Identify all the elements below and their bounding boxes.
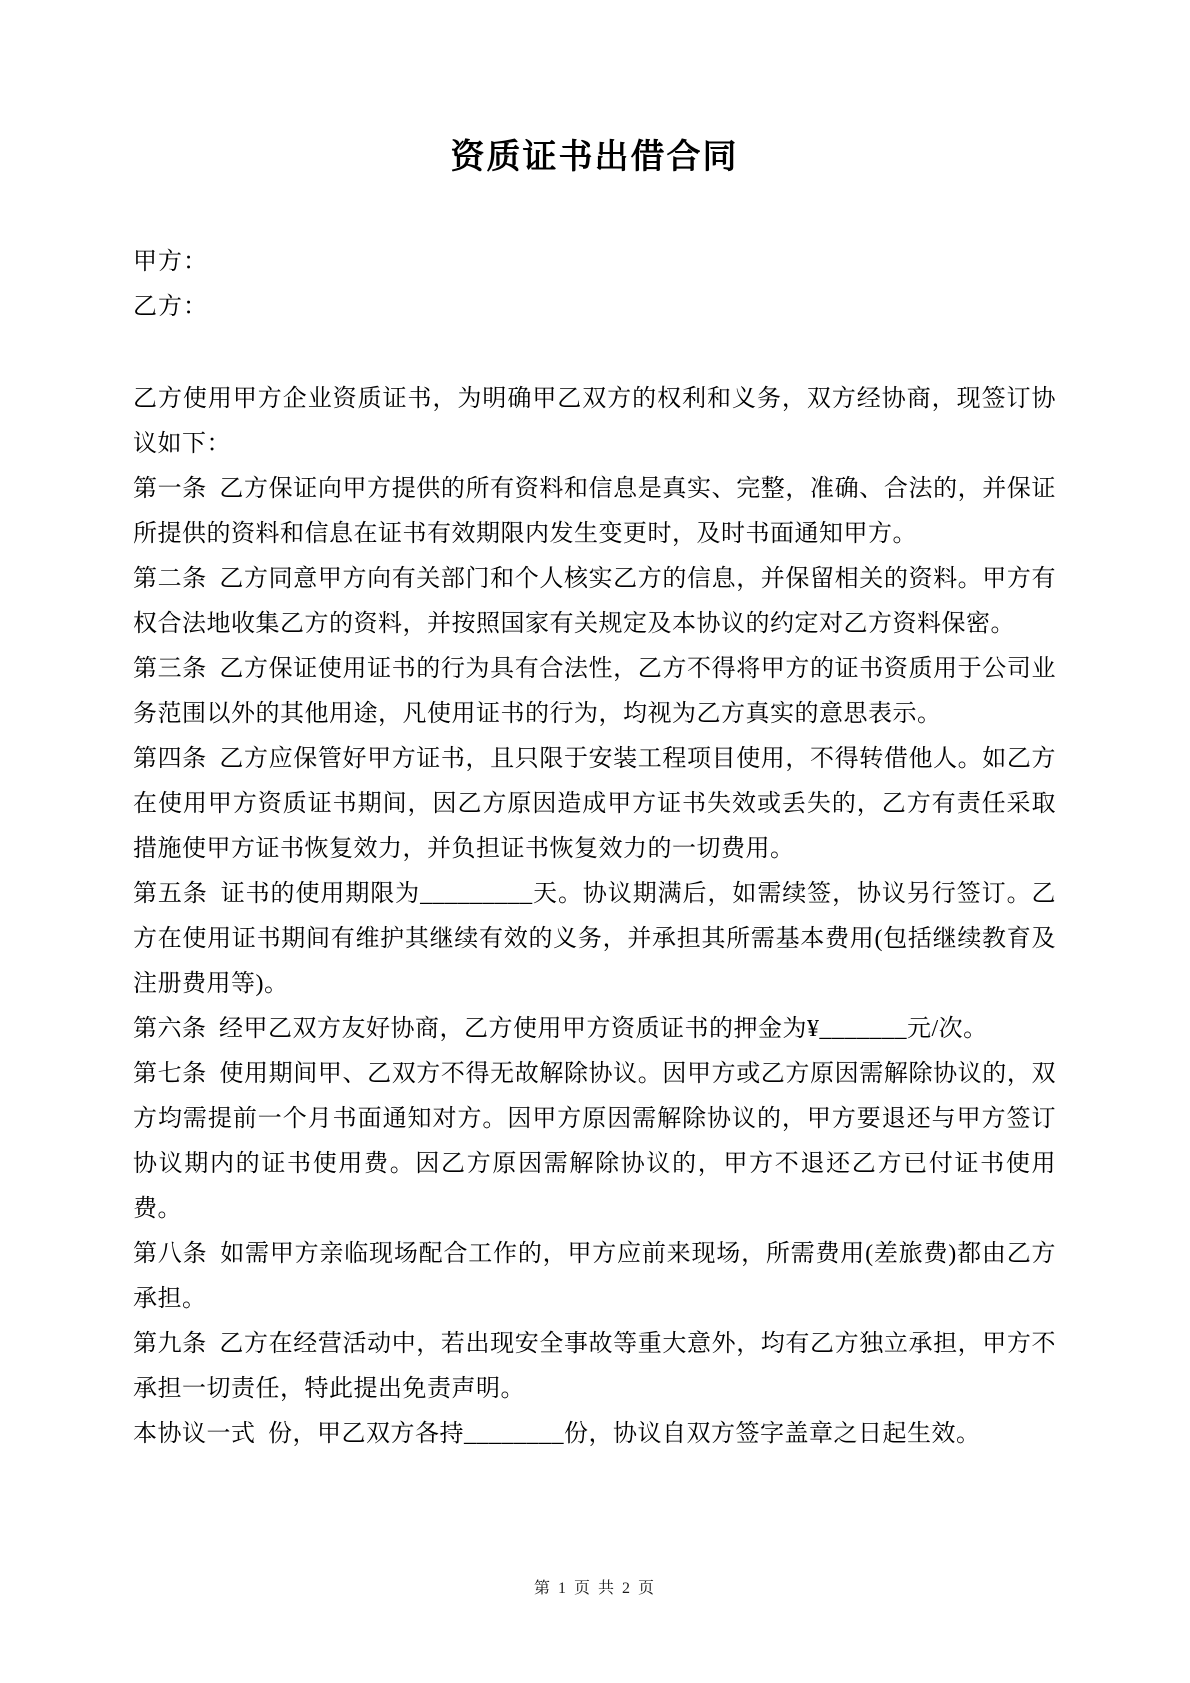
- clause-9: 第九条 乙方在经营活动中，若出现安全事故等重大意外，均有乙方独立承担，甲方不承担…: [133, 1322, 1056, 1412]
- clause-7: 第七条 使用期间甲、乙双方不得无故解除协议。因甲方或乙方原因需解除协议的，双方均…: [133, 1052, 1056, 1232]
- party-block: 甲方： 乙方：: [133, 240, 1056, 330]
- closing-paragraph: 本协议一式 份，甲乙双方各持________份，协议自双方签字盖章之日起生效。: [133, 1412, 1056, 1457]
- clause-6: 第六条 经甲乙双方友好协商，乙方使用甲方资质证书的押金为¥_______元/次。: [133, 1007, 1056, 1052]
- contract-page: 资质证书出借合同 甲方： 乙方： 乙方使用甲方企业资质证书，为明确甲乙双方的权利…: [0, 0, 1190, 1683]
- clause-4: 第四条 乙方应保管好甲方证书，且只限于安装工程项目使用，不得转借他人。如乙方在使…: [133, 737, 1056, 872]
- contract-body: 乙方使用甲方企业资质证书，为明确甲乙双方的权利和义务，双方经协商，现签订协议如下…: [133, 377, 1056, 1457]
- page-title: 资质证书出借合同: [133, 138, 1056, 178]
- party-a-label: 甲方：: [133, 240, 1056, 285]
- clause-3: 第三条 乙方保证使用证书的行为具有合法性，乙方不得将甲方的证书资质用于公司业务范…: [133, 647, 1056, 737]
- clause-1: 第一条 乙方保证向甲方提供的所有资料和信息是真实、完整，准确、合法的，并保证所提…: [133, 467, 1056, 557]
- page-number-footer: 第 1 页 共 2 页: [0, 1575, 1190, 1598]
- clause-2: 第二条 乙方同意甲方向有关部门和个人核实乙方的信息，并保留相关的资料。甲方有权合…: [133, 557, 1056, 647]
- intro-paragraph: 乙方使用甲方企业资质证书，为明确甲乙双方的权利和义务，双方经协商，现签订协议如下…: [133, 377, 1056, 467]
- clause-8: 第八条 如需甲方亲临现场配合工作的，甲方应前来现场，所需费用(差旅费)都由乙方承…: [133, 1232, 1056, 1322]
- party-b-label: 乙方：: [133, 285, 1056, 330]
- clause-5: 第五条 证书的使用期限为_________天。协议期满后，如需续签，协议另行签订…: [133, 872, 1056, 1007]
